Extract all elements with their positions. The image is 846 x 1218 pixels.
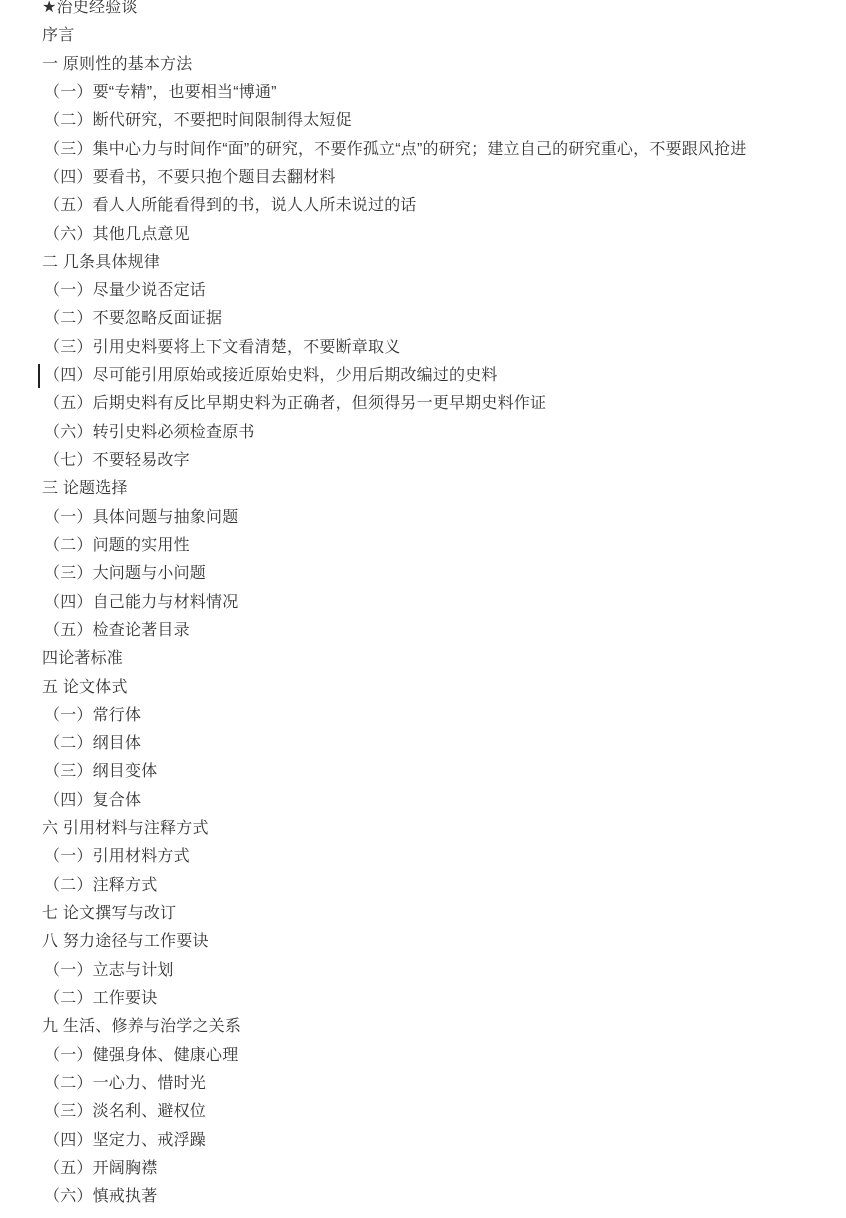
toc-line-text: （三）引用史料要将上下文看清楚，不要断章取义: [44, 339, 400, 356]
toc-line-text: （一）立志与计划: [44, 962, 174, 979]
toc-line-text: （二）工作要诀: [44, 990, 157, 1007]
toc-line-text: （七）不要轻易改字: [44, 452, 190, 469]
toc-line-text: （一）尽量少说否定话: [44, 282, 206, 299]
toc-line-text: （六）转引史料必须检查原书: [44, 424, 255, 441]
toc-line: （四）复合体: [42, 787, 846, 815]
toc-line-text: （二）一心力、惜时光: [44, 1075, 206, 1092]
toc-line-text: 七 论文撰写与改订: [42, 905, 176, 922]
toc-line: （一）具体问题与抽象问题: [42, 504, 846, 532]
toc-line-text: （五）检查论著目录: [44, 622, 190, 639]
toc-line: 五 论文体式: [42, 674, 846, 702]
toc-line-text: （三）集中心力与时间作“面”的研究，不要作孤立“点”的研究；建立自己的研究重心，…: [44, 141, 747, 158]
toc-line-text: 二 几条具体规律: [42, 254, 160, 271]
toc-line: （二）一心力、惜时光: [42, 1070, 846, 1098]
toc-line: （一）常行体: [42, 702, 846, 730]
toc-line-text: （二）纲目体: [44, 735, 141, 752]
toc-line-text: （二）注释方式: [44, 877, 157, 894]
toc-line-text: （三）纲目变体: [44, 763, 157, 780]
toc-line: （一）健强身体、健康心理: [42, 1042, 846, 1070]
toc-line-text: 八 努力途径与工作要诀: [42, 933, 209, 950]
toc-line-text: （六）慎戒执著: [44, 1188, 157, 1205]
toc-line-text: （四）自己能力与材料情况: [44, 594, 238, 611]
toc-line: （五）开阔胸襟: [42, 1155, 846, 1183]
toc-line: （六）其他几点意见: [42, 221, 846, 249]
toc-line: （一）尽量少说否定话: [42, 277, 846, 305]
toc-line: （五）看人人所能看得到的书，说人人所未说过的话: [42, 192, 846, 220]
toc-line: （六）转引史料必须检查原书: [42, 419, 846, 447]
toc-line-text: （六）其他几点意见: [44, 226, 190, 243]
toc-line: （二）问题的实用性: [42, 532, 846, 560]
toc-line: （四）要看书，不要只抱个题目去翻材料: [42, 164, 846, 192]
toc-line-text: （四）坚定力、戒浮躁: [44, 1132, 206, 1149]
toc-line: （四）坚定力、戒浮躁: [42, 1127, 846, 1155]
toc-line: （六）慎戒执著: [42, 1183, 846, 1211]
toc-line: 八 努力途径与工作要诀: [42, 928, 846, 956]
toc-line: （二）断代研究，不要把时间限制得太短促: [42, 107, 846, 135]
toc-line-text: 四论著标准: [42, 650, 123, 667]
toc-line-text: （三）大问题与小问题: [44, 565, 206, 582]
toc-line-text: 序言: [42, 27, 74, 44]
toc-line: （三）大问题与小问题: [42, 560, 846, 588]
toc-line-text: 九 生活、修养与治学之关系: [42, 1018, 241, 1035]
toc-line: （三）纲目变体: [42, 758, 846, 786]
document-page: ★治史经验谈序言一 原则性的基本方法（一）要“专精”，也要相当“博通”（二）断代…: [0, 0, 846, 1211]
toc-line: 二 几条具体规律: [42, 249, 846, 277]
text-caret: [38, 364, 40, 388]
toc-line: （四）尽可能引用原始或接近原始史料，少用后期改编过的史料: [42, 362, 846, 390]
toc-line: 四论著标准: [42, 645, 846, 673]
toc-line: （七）不要轻易改字: [42, 447, 846, 475]
toc-line-text: （二）问题的实用性: [44, 537, 190, 554]
toc-line: （五）检查论著目录: [42, 617, 846, 645]
toc-line-text: （一）健强身体、健康心理: [44, 1047, 238, 1064]
toc-line-text: （四）尽可能引用原始或接近原始史料，少用后期改编过的史料: [44, 367, 498, 384]
toc-line-text: （一）引用材料方式: [44, 848, 190, 865]
toc-line: （一）立志与计划: [42, 957, 846, 985]
toc-line: （二）注释方式: [42, 872, 846, 900]
toc-line: 一 原则性的基本方法: [42, 51, 846, 79]
toc-line-text: 六 引用材料与注释方式: [42, 820, 209, 837]
toc-line-text: （一）具体问题与抽象问题: [44, 509, 238, 526]
toc-line: 六 引用材料与注释方式: [42, 815, 846, 843]
toc-line: （二）不要忽略反面证据: [42, 305, 846, 333]
toc-line: （一）要“专精”，也要相当“博通”: [42, 79, 846, 107]
toc-line: 序言: [42, 22, 846, 50]
toc-line: 九 生活、修养与治学之关系: [42, 1013, 846, 1041]
toc-line-text: （二）断代研究，不要把时间限制得太短促: [44, 112, 352, 129]
toc-line-text: （五）后期史料有反比早期史料为正确者，但须得另一更早期史料作证: [44, 395, 546, 412]
toc-line-text: （一）要“专精”，也要相当“博通”: [44, 84, 277, 101]
toc-line-text: （四）要看书，不要只抱个题目去翻材料: [44, 169, 336, 186]
toc-line: ★治史经验谈: [42, 0, 846, 22]
toc-line-text: （五）开阔胸襟: [44, 1160, 157, 1177]
toc-line: （二）纲目体: [42, 730, 846, 758]
toc-line: （二）工作要诀: [42, 985, 846, 1013]
toc-line: （五）后期史料有反比早期史料为正确者，但须得另一更早期史料作证: [42, 390, 846, 418]
toc-line-text: （三）淡名利、避权位: [44, 1103, 206, 1120]
toc-line-text: （五）看人人所能看得到的书，说人人所未说过的话: [44, 197, 417, 214]
toc-line-text: 一 原则性的基本方法: [42, 56, 192, 73]
toc-line-text: （一）常行体: [44, 707, 141, 724]
toc-line: （三）淡名利、避权位: [42, 1098, 846, 1126]
toc-line: （四）自己能力与材料情况: [42, 589, 846, 617]
toc-line: 三 论题选择: [42, 475, 846, 503]
toc-line-text: 五 论文体式: [42, 679, 128, 696]
toc-list: ★治史经验谈序言一 原则性的基本方法（一）要“专精”，也要相当“博通”（二）断代…: [0, 0, 846, 1211]
toc-line: 七 论文撰写与改订: [42, 900, 846, 928]
toc-line-text: （四）复合体: [44, 792, 141, 809]
toc-line-text: ★治史经验谈: [42, 0, 138, 16]
toc-line-text: 三 论题选择: [42, 480, 128, 497]
toc-line-text: （二）不要忽略反面证据: [44, 310, 222, 327]
toc-line: （三）引用史料要将上下文看清楚，不要断章取义: [42, 334, 846, 362]
toc-line: （一）引用材料方式: [42, 843, 846, 871]
toc-line: （三）集中心力与时间作“面”的研究，不要作孤立“点”的研究；建立自己的研究重心，…: [42, 136, 846, 164]
